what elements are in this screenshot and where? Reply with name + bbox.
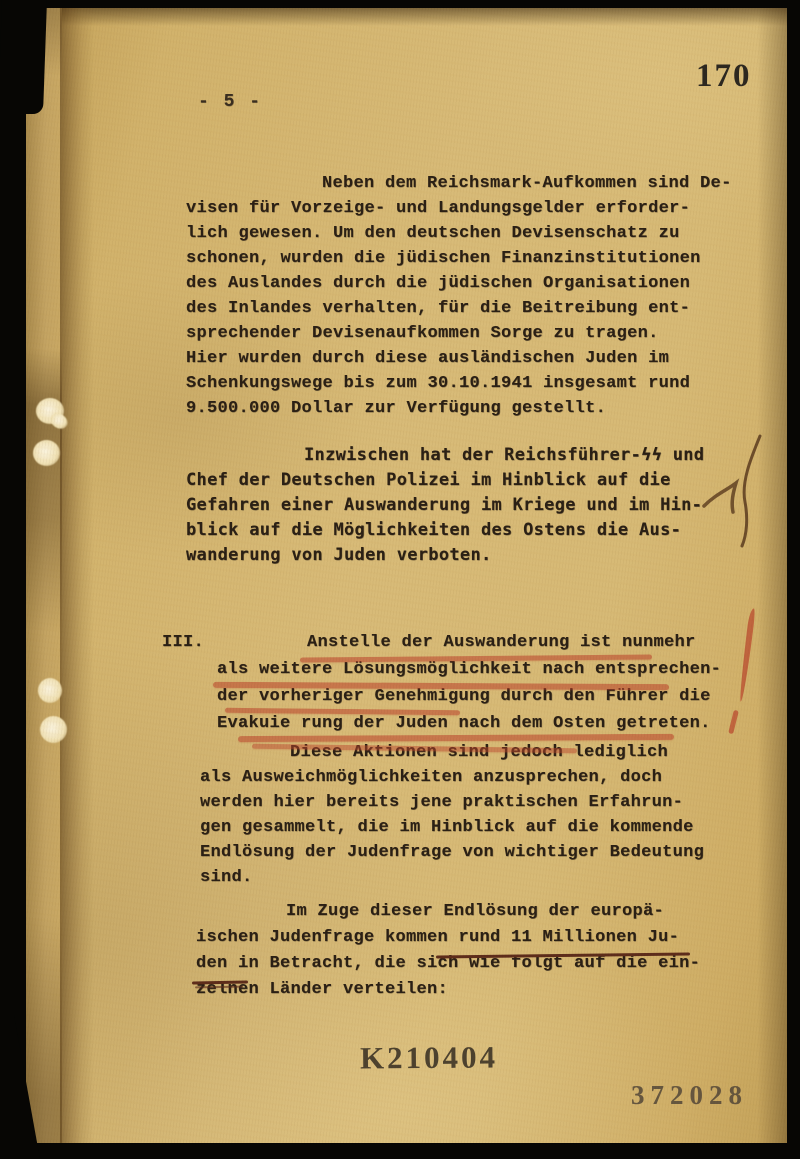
photo-corner-notch: [0, 0, 47, 114]
paragraph-auswanderungsverbot: Inzwischen hat der Reichsführer-ϟϟ und C…: [186, 443, 746, 568]
paragraph-elf-millionen: Im Zuge dieser Endlösung der europä- isc…: [196, 899, 736, 1003]
pen-margin-mark: [694, 430, 772, 554]
document-scan: 170 - 5 - Neben dem Reichsmark-Aufkommen…: [0, 0, 800, 1159]
binding-strip: [26, 8, 62, 1143]
punch-hole: [40, 716, 67, 743]
paragraph-devisen: Neben dem Reichsmark-Aufkommen sind De- …: [186, 171, 746, 421]
typed-page-number: - 5 -: [198, 92, 262, 112]
binding-crease: [60, 8, 94, 1143]
top-edge-shadow: [26, 8, 787, 26]
punch-hole: [38, 678, 62, 703]
archive-page-number: 170: [696, 58, 752, 95]
center-stamp: K210404: [360, 1040, 498, 1077]
paragraph-aktionen: Diese Aktionen sind jedoch lediglich als…: [200, 740, 740, 890]
right-edge-shadow: [757, 8, 787, 1143]
punch-hole: [33, 440, 60, 466]
corner-stamp: 372028: [631, 1080, 748, 1111]
section-number-iii: III.: [162, 629, 204, 656]
